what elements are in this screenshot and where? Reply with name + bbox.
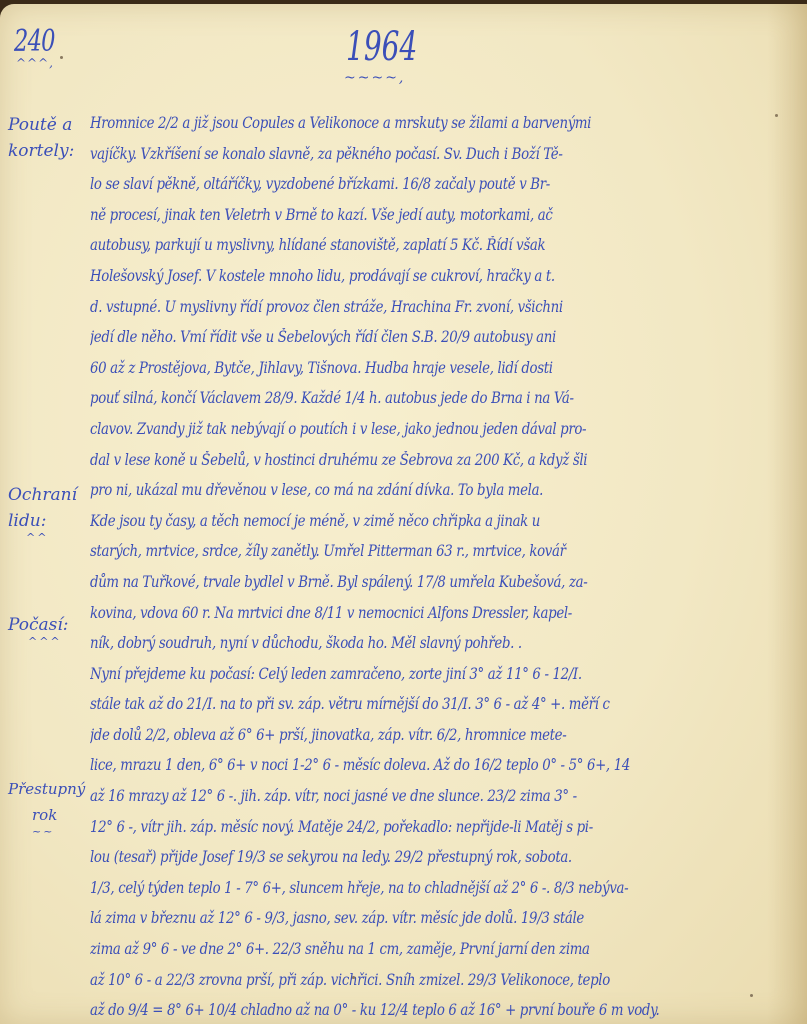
notebook-page: 240 ^^^, 1964 ~~~~, Poutě a kortely: Och… [0, 4, 807, 1024]
margin-label-line: kortely: [8, 138, 74, 164]
text-line: jedí dle něho. Vmí řídit vše u Šebelovýc… [90, 322, 787, 353]
margin-label-pocasi: Počasí: ^^^ [8, 612, 69, 646]
text-line: d. vstupné. U myslivny řídí provoz člen … [90, 292, 787, 323]
paper-speck [60, 56, 63, 59]
margin-label-line: Přestupný [8, 776, 85, 802]
text-line: lá zima v březnu až 12° 6 - 9/3, jasno, … [90, 903, 787, 934]
text-line: Kde jsou ty časy, a těch nemocí je méně,… [90, 506, 787, 537]
text-line: autobusy, parkují u myslivny, hlídané st… [90, 230, 787, 261]
margin-label-underline: ~~ [8, 828, 85, 836]
paper-speck [750, 994, 753, 997]
margin-label-underline: ^^^ [8, 638, 69, 646]
text-line: Hromnice 2/2 a již jsou Copules a Veliko… [90, 108, 787, 139]
text-line: až 10° 6 - a 22/3 zrovna prší, při záp. … [90, 965, 787, 996]
margin-label-line: Ochraní [8, 482, 77, 508]
text-line: jde dolů 2/2, obleva až 6° 6+ prší, jino… [90, 720, 787, 751]
text-line: lo se slaví pěkně, oltáříčky, vyzdobené … [90, 169, 787, 200]
margin-label-underline: ^^ [8, 534, 77, 542]
text-line: Nyní přejdeme ku počasí: Celý leden zamr… [90, 659, 787, 690]
text-line: pouť silná, končí Václavem 28/9. Každé 1… [90, 383, 787, 414]
text-line: dal v lese koně u Šebelů, v hostinci dru… [90, 445, 787, 476]
paper-speck [775, 114, 778, 117]
text-line: 1/3, celý týden teplo 1 - 7° 6+, sluncem… [90, 873, 787, 904]
margin-label-line: Poutě a [8, 112, 74, 138]
handwritten-body: Hromnice 2/2 a již jsou Copules a Veliko… [90, 108, 790, 1024]
paper-speck [352, 976, 355, 979]
text-line: lice, mrazu 1 den, 6° 6+ v noci 1-2° 6 -… [90, 750, 787, 781]
text-line: kovina, vdova 60 r. Na mrtvici dne 8/11 … [90, 598, 787, 629]
margin-label-ochrana-lidu: Ochraní lidu: ^^ [8, 482, 77, 542]
text-line: až do 9/4 = 8° 6+ 10/4 chladno až na 0° … [90, 995, 787, 1024]
page-number: 240 [14, 24, 55, 59]
text-line: stále tak až do 21/I. na to při sv. záp.… [90, 689, 787, 720]
text-line: ně procesí, jinak ten Veletrh v Brně to … [90, 200, 787, 231]
text-line: ník, dobrý soudruh, nyní v důchodu, škod… [90, 628, 787, 659]
page-number-underline: ^^^, [16, 56, 54, 70]
text-line: zima až 9° 6 - ve dne 2° 6+. 22/3 sněhu … [90, 934, 787, 965]
text-line: 60 až z Prostějova, Bytče, Jihlavy, Tišn… [90, 353, 787, 384]
text-line: 12° 6 -, vítr jih. záp. měsíc nový. Matě… [90, 812, 787, 843]
text-line: Holešovský Josef. V kostele mnoho lidu, … [90, 261, 787, 292]
text-line: starých, mrtvice, srdce, žíly zanětly. U… [90, 536, 787, 567]
year-heading: 1964 [346, 24, 417, 70]
text-line: až 16 mrazy až 12° 6 -. jih. záp. vítr, … [90, 781, 787, 812]
year-underline: ~~~~, [344, 70, 405, 86]
text-line: vajíčky. Vzkříšení se konalo slavně, za … [90, 139, 787, 170]
margin-label-pouti: Poutě a kortely: [8, 112, 74, 164]
margin-label-prestupny-rok: Přestupný rok ~~ [8, 776, 85, 836]
text-line: dům na Tuřkové, trvale bydlel v Brně. By… [90, 567, 787, 598]
text-line: pro ni, ukázal mu dřevěnou v lese, co má… [90, 475, 787, 506]
text-line: lou (tesař) přijde Josef 19/3 se sekyrou… [90, 842, 787, 873]
text-line: clavov. Zvandy již tak nebývají o poutíc… [90, 414, 787, 445]
